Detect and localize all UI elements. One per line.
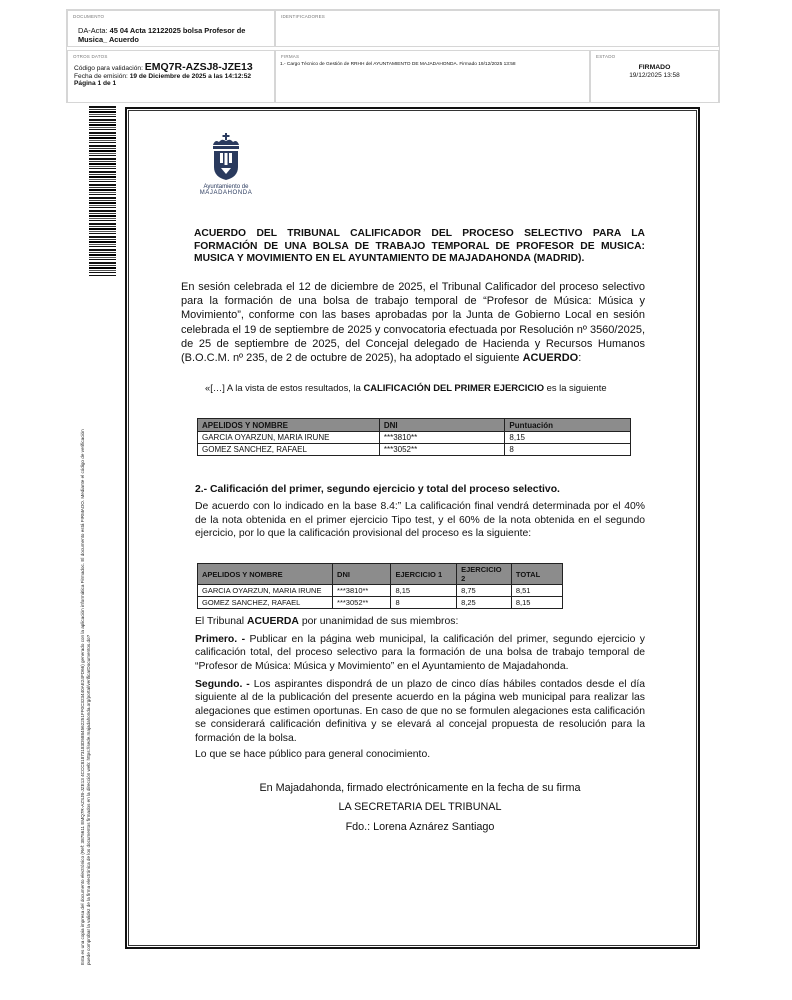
col-header: TOTAL	[511, 564, 562, 585]
identificadores-label: IDENTIFICADORES	[281, 14, 325, 19]
signature-name: Fdo.: Lorena Aznárez Santiago	[200, 821, 640, 833]
acuerda-line: El Tribunal ACUERDA por unanimidad de su…	[195, 615, 458, 629]
section-2-title: 2.- Calificación del primer, segundo eje…	[195, 483, 560, 497]
table-row: GARCIA OYARZUN, MARIA IRUNE***3810**8,15…	[198, 585, 563, 597]
table-row: GOMEZ SANCHEZ, RAFAEL***3052**88,258,15	[198, 597, 563, 609]
section-2-paragraph: De acuerdo con lo indicado en la base 8.…	[195, 500, 645, 541]
coat-of-arms-icon	[209, 133, 243, 181]
table-row: GARCIA OYARZUN, MARIA IRUNE***3810**8,15	[198, 432, 631, 444]
col-header: APELIDOS Y NOMBRE	[198, 419, 380, 432]
quote-line: «[…] A la vista de estos resultados, la …	[205, 381, 645, 395]
side-verification-note: Esta es una copia impresa del documento …	[80, 275, 92, 965]
page-count: Página 1 de 1	[74, 80, 253, 88]
otros-datos-cell: OTROS DATOS Código para validación: EMQ7…	[67, 50, 275, 103]
table-row: GOMEZ SANCHEZ, RAFAEL***3052**8	[198, 444, 631, 456]
barcode	[89, 106, 116, 276]
otros-label: OTROS DATOS	[73, 54, 108, 59]
col-header: EJERCICIO 1	[391, 564, 457, 585]
col-header: APELIDOS Y NOMBRE	[198, 564, 333, 585]
signature-place: En Majadahonda, firmado electrónicamente…	[200, 782, 640, 794]
signature-role: LA SECRETARIA DEL TRIBUNAL	[200, 801, 640, 813]
issue-date: Fecha de emisión: 19 de Diciembre de 202…	[74, 73, 253, 81]
municipal-logo: Ayuntamiento de MAJADAHONDA	[188, 133, 264, 196]
document-title: ACUERDO DEL TRIBUNAL CALIFICADOR DEL PRO…	[194, 228, 645, 266]
estado-cell: ESTADO FIRMADO 19/12/2025 13:58	[590, 50, 719, 103]
documento-label: DOCUMENTO	[73, 14, 104, 19]
primero-paragraph: Primero. - Publicar en la página web mun…	[195, 633, 645, 673]
col-header: Puntuación	[505, 419, 631, 432]
col-header: DNI	[333, 564, 391, 585]
col-header: DNI	[379, 419, 505, 432]
closing-line: Lo que se hace público para general cono…	[195, 748, 430, 762]
status-date: 19/12/2025 13:58	[591, 72, 718, 79]
document-header: DOCUMENTO DA-Acta: 45 04 Acta 12122025 b…	[66, 9, 720, 103]
documento-cell: DOCUMENTO DA-Acta: 45 04 Acta 12122025 b…	[67, 10, 275, 47]
firmas-text: 1.- Cargo Técnico de Gestión de RRHH del…	[280, 62, 516, 67]
col-header: EJERCICIO 2	[457, 564, 512, 585]
validation-code: Código para validación: EMQ7R-AZSJ8-JZE1…	[74, 64, 253, 73]
segundo-paragraph: Segundo. - Los aspirantes dispondrá de u…	[195, 678, 645, 745]
document-name: DA-Acta: 45 04 Acta 12122025 bolsa Profe…	[78, 26, 274, 44]
firmas-label: FIRMAS	[281, 54, 299, 59]
estado-label: ESTADO	[596, 54, 615, 59]
final-scores-table: APELIDOS Y NOMBRE DNI EJERCICIO 1 EJERCI…	[197, 563, 563, 609]
first-exercise-table: APELIDOS Y NOMBRE DNI Puntuación GARCIA …	[197, 418, 631, 456]
firmas-cell: FIRMAS 1.- Cargo Técnico de Gestión de R…	[275, 50, 590, 103]
identificadores-cell: IDENTIFICADORES	[275, 10, 719, 47]
logo-text-line2: MAJADAHONDA	[188, 190, 264, 196]
status-badge: FIRMADO	[591, 64, 718, 71]
intro-paragraph: En sesión celebrada el 12 de diciembre d…	[181, 280, 645, 365]
